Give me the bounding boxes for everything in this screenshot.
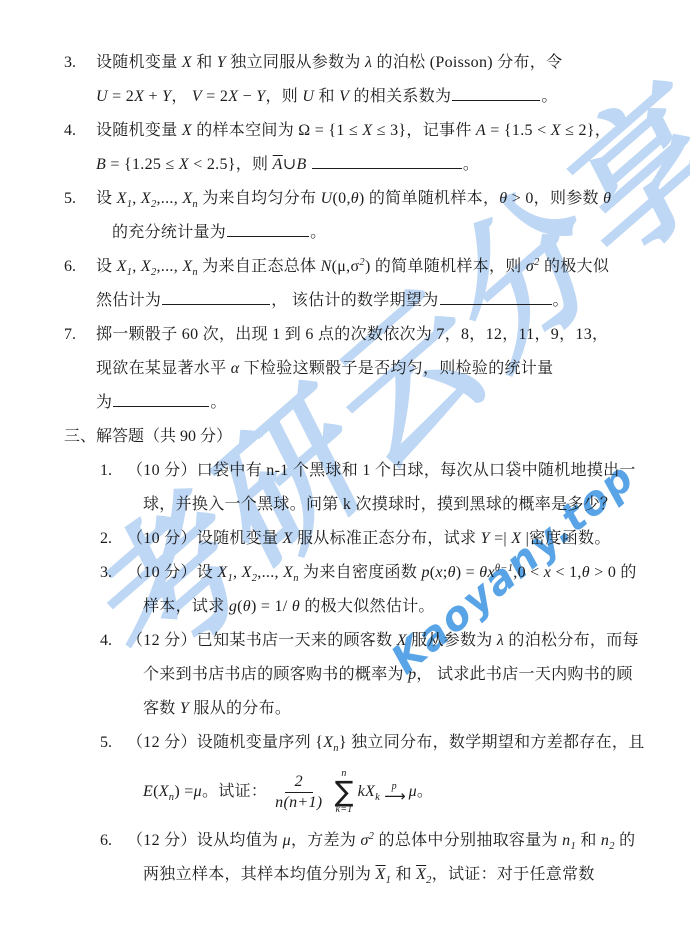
question-item: 5.（12 分）设随机变量序列 {Xn} 独立同分布，数学期望和方差都存在，且E… (64, 726, 650, 824)
fraction: 2n(n+1) (273, 772, 324, 811)
question-item: 3.（10 分）设 X1, X2,..., Xn 为来自密度函数 p(x;θ) … (64, 556, 650, 624)
answer-blank (227, 219, 309, 237)
question-number: 5. (64, 182, 96, 216)
section-header: 三、解答题（共 90 分） (64, 420, 650, 454)
question-line: 样本，试求 g(θ) = 1/ θ 的极大似然估计。 (127, 590, 650, 624)
question-line: 设 X1, X2,..., Xn 为来自正态总体 N(μ,σ2) 的简单随机样本… (96, 250, 650, 284)
question-line: U = 2X + Y， V = 2X − Y，则 U 和 V 的相关系数为。 (96, 80, 650, 114)
question-line: 两独立样本，其样本均值分别为 X1 和 X2，试证：对于任意常数 (127, 858, 650, 892)
question-item: 6.设 X1, X2,..., Xn 为来自正态总体 N(μ,σ2) 的简单随机… (64, 250, 650, 318)
question-number: 6. (64, 250, 96, 284)
question-line: （10 分）设随机变量 X 服从标准正态分布，试求 Y =| X |密度函数。 (127, 522, 650, 556)
summation: n∑k=1 (334, 769, 353, 815)
question-body: （12 分）设从均值为 μ，方差为 σ2 的总体中分别抽取容量为 n1 和 n2… (127, 824, 650, 892)
fill-in-questions: 3.设随机变量 X 和 Y 独立同服从参数为 λ 的泊松 (Poisson) 分… (64, 46, 650, 420)
question-line: 设随机变量 X 和 Y 独立同服从参数为 λ 的泊松 (Poisson) 分布，… (96, 46, 650, 80)
question-body: （10 分）口袋中有 n-1 个黑球和 1 个白球，每次从口袋中随机地摸出一球，… (127, 454, 650, 522)
question-body: （10 分）设 X1, X2,..., Xn 为来自密度函数 p(x;θ) = … (127, 556, 650, 624)
question-number: 3. (64, 46, 96, 80)
question-line: （12 分）已知某书店一天来的顾客数 X 服从参数为 λ 的泊松分布，而每 (127, 624, 650, 658)
question-line: 个来到书店书店的顾客购书的概率为 p， 试求此书店一天内购书的顾 (127, 658, 650, 692)
question-item: 6.（12 分）设从均值为 μ，方差为 σ2 的总体中分别抽取容量为 n1 和 … (64, 824, 650, 892)
question-body: 设随机变量 X 的样本空间为 Ω = {1 ≤ X ≤ 3}，记事件 A = {… (96, 114, 650, 182)
question-body: 设随机变量 X 和 Y 独立同服从参数为 λ 的泊松 (Poisson) 分布，… (96, 46, 650, 114)
exam-page: 考研云分享 Kaoyany.top 3.设随机变量 X 和 Y 独立同服从参数为… (0, 0, 690, 941)
question-body: 掷一颗骰子 60 次，出现 1 到 6 点的次数依次为 7，8，12，11，9，… (96, 318, 650, 420)
question-number: 4. (100, 624, 127, 658)
solve-questions: 1.（10 分）口袋中有 n-1 个黑球和 1 个白球，每次从口袋中随机地摸出一… (64, 454, 650, 892)
question-item: 2.（10 分）设随机变量 X 服从标准正态分布，试求 Y =| X |密度函数… (64, 522, 650, 556)
question-number: 1. (100, 454, 127, 488)
answer-blank (113, 389, 209, 407)
question-line: （12 分）设随机变量序列 {Xn} 独立同分布，数学期望和方差都存在，且 (127, 726, 650, 760)
question-number: 4. (64, 114, 96, 148)
question-item: 1.（10 分）口袋中有 n-1 个黑球和 1 个白球，每次从口袋中随机地摸出一… (64, 454, 650, 522)
question-number: 3. (100, 556, 127, 590)
answer-blank (162, 287, 270, 305)
question-line: （12 分）设从均值为 μ，方差为 σ2 的总体中分别抽取容量为 n1 和 n2… (127, 824, 650, 858)
question-line: 为。 (96, 386, 650, 420)
question-line: 客数 Y 服从的分布。 (127, 692, 650, 726)
question-body: 设 X1, X2,..., Xn 为来自正态总体 N(μ,σ2) 的简单随机样本… (96, 250, 650, 318)
question-item: 4.设随机变量 X 的样本空间为 Ω = {1 ≤ X ≤ 3}，记事件 A =… (64, 114, 650, 182)
answer-blank (312, 151, 462, 169)
question-item: 3.设随机变量 X 和 Y 独立同服从参数为 λ 的泊松 (Poisson) 分… (64, 46, 650, 114)
question-line: 掷一颗骰子 60 次，出现 1 到 6 点的次数依次为 7，8，12，11，9，… (96, 318, 650, 352)
question-number: 6. (100, 824, 127, 858)
question-item: 5.设 X1, X2,..., Xn 为来自均匀分布 U(0,θ) 的简单随机样… (64, 182, 650, 250)
question-item: 7.掷一颗骰子 60 次，出现 1 到 6 点的次数依次为 7，8，12，11，… (64, 318, 650, 420)
question-body: 设 X1, X2,..., Xn 为来自均匀分布 U(0,θ) 的简单随机样本，… (96, 182, 650, 250)
question-number: 5. (100, 726, 127, 760)
question-item: 4.（12 分）已知某书店一天来的顾客数 X 服从参数为 λ 的泊松分布，而每个… (64, 624, 650, 726)
converges-in-probability-arrow: p⟶ (384, 783, 405, 802)
question-line: 设 X1, X2,..., Xn 为来自均匀分布 U(0,θ) 的简单随机样本，… (96, 182, 650, 216)
exam-content: 3.设随机变量 X 和 Y 独立同服从参数为 λ 的泊松 (Poisson) 分… (0, 0, 690, 941)
question-line: 的充分统计量为。 (96, 216, 650, 250)
question-number: 7. (64, 318, 96, 352)
question-line: B = {1.25 ≤ X < 2.5}，则 A∪B 。 (96, 148, 650, 182)
question-line: （10 分）设 X1, X2,..., Xn 为来自密度函数 p(x;θ) = … (127, 556, 650, 590)
question-line: 设随机变量 X 的样本空间为 Ω = {1 ≤ X ≤ 3}，记事件 A = {… (96, 114, 650, 148)
question-line: E(Xn) = μ 。试证： 2n(n+1)n∑k=1kXkp⟶μ 。 (127, 760, 650, 824)
question-body: （10 分）设随机变量 X 服从标准正态分布，试求 Y =| X |密度函数。 (127, 522, 650, 556)
answer-blank (452, 83, 540, 101)
question-line: 现欲在某显著水平 α 下检验这颗骰子是否均匀，则检验的统计量 (96, 352, 650, 386)
answer-blank (440, 287, 552, 305)
question-line: 球，并换入一个黑球。问第 k 次摸球时，摸到黑球的概率是多少？ (127, 488, 650, 522)
question-body: （12 分）已知某书店一天来的顾客数 X 服从参数为 λ 的泊松分布，而每个来到… (127, 624, 650, 726)
question-number: 2. (100, 522, 127, 556)
question-line: （10 分）口袋中有 n-1 个黑球和 1 个白球，每次从口袋中随机地摸出一 (127, 454, 650, 488)
question-line: 然估计为， 该估计的数学期望为。 (96, 284, 650, 318)
question-body: （12 分）设随机变量序列 {Xn} 独立同分布，数学期望和方差都存在，且E(X… (127, 726, 650, 824)
